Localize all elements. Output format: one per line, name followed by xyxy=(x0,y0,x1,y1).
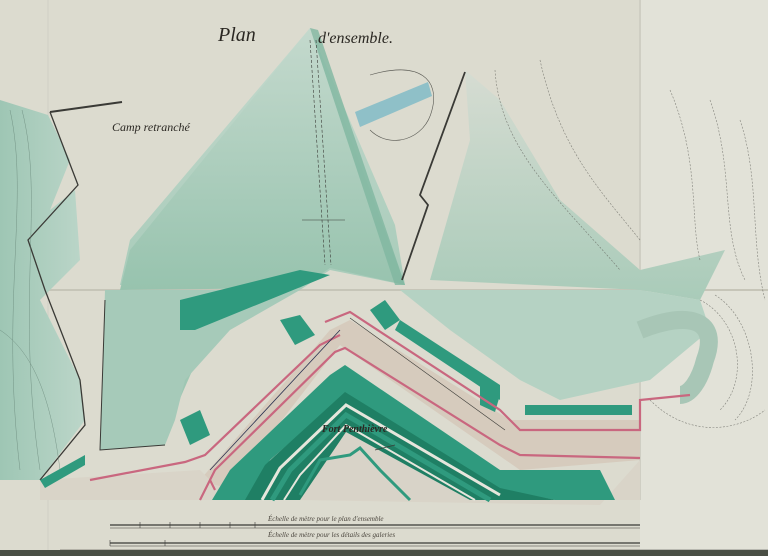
label-camp-retranche: Camp retranché xyxy=(112,120,190,135)
label-fort-penthievre: Fort Penthièvre xyxy=(322,424,387,435)
map-title-plan: Plan xyxy=(218,24,256,47)
scale-caption-galeries: Échelle de mètre pour les détails des ga… xyxy=(268,531,395,539)
map-sheet: Plan d'ensemble. Camp retranché Fort Pen… xyxy=(0,0,768,556)
scale-caption-ensemble: Échelle de mètre pour le plan d'ensemble xyxy=(268,515,384,523)
map-title-ensemble: d'ensemble. xyxy=(318,30,393,48)
fortification-plan xyxy=(0,0,768,556)
